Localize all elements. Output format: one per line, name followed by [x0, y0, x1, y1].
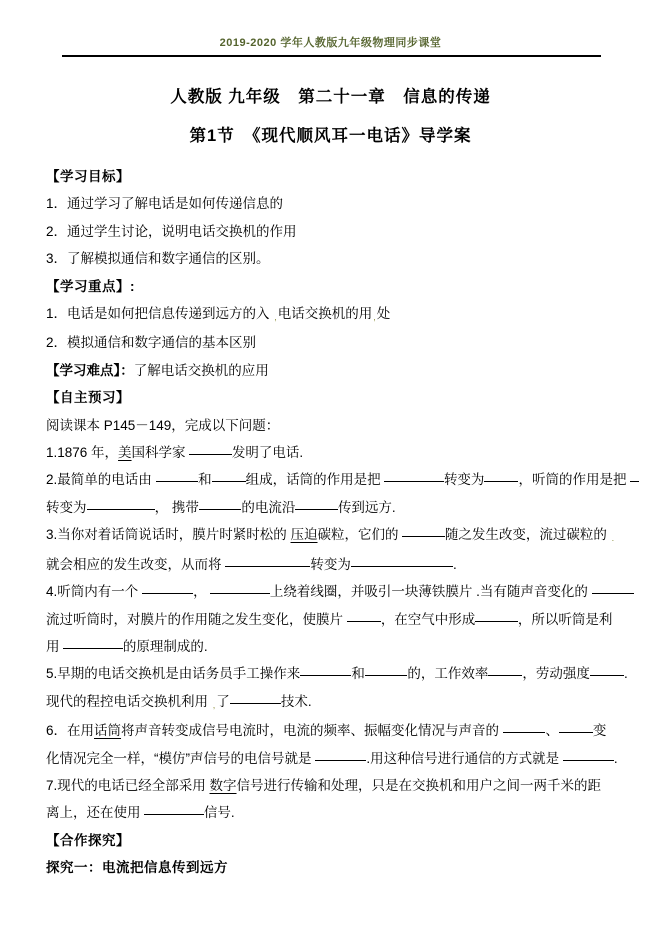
- text-line: 2．通过学生讨论，说明电话交换机的作用: [46, 218, 627, 245]
- text-run: 2.最简单的电话由: [46, 472, 156, 487]
- blank-field: ______: [563, 745, 614, 761]
- text-run: 用: [46, 639, 63, 654]
- text-run: 上绕着线圈，并吸引一块薄铁膜片 .当有随声音变化的: [270, 584, 592, 599]
- text-line: 现代的程控电话交换机利用 ,了______技术.: [46, 688, 627, 717]
- text-line: 2.最简单的电话由 _____和____组成，话筒的作用是把 _______转变…: [46, 466, 627, 493]
- page-header-text: 2019-2020 学年人教版九年级物理同步课堂: [0, 34, 661, 50]
- text-run: 组成，话筒的作用是把: [246, 472, 385, 487]
- header-rule: [62, 55, 601, 57]
- blank-field: ____: [212, 466, 246, 482]
- text-run: ，劳动强度: [522, 666, 590, 681]
- text-run: 7.现代的电话已经全部采用: [46, 778, 210, 793]
- bold-run: 【学习难点】：: [46, 363, 134, 378]
- section-heading: 【合作探究】: [46, 827, 627, 854]
- underlined-run: 美: [118, 445, 132, 460]
- text-run: 和: [351, 666, 365, 681]
- blank-field: ____: [484, 466, 518, 482]
- text-run: 1.1876 年，: [46, 445, 118, 460]
- bold-run: 【自主预习】: [46, 390, 130, 405]
- section-heading: 【学习目标】: [46, 163, 627, 190]
- text-run: 信号.: [204, 805, 235, 820]
- bold-run: 【学习目标】: [46, 169, 130, 184]
- text-run: .用这种信号进行通信的方式就是: [366, 751, 563, 766]
- text-run: 4.听筒内有一个: [46, 584, 142, 599]
- text-run: 3.当你对着话筒说话时，膜片时紧时松的: [46, 527, 291, 542]
- text-line: 化情况完全一样，“模仿”声信号的电信号就是 ______.用这种信号进行通信的方…: [46, 745, 627, 772]
- text-run: 离上，还在使用: [46, 805, 144, 820]
- text-run: 、: [545, 723, 559, 738]
- annotation-mark: ,: [273, 312, 278, 322]
- text-run: 的原理制成的.: [123, 639, 208, 654]
- bold-run: 探究一：电流把信息传到远方: [46, 860, 228, 875]
- blank-field: _____: [402, 521, 445, 537]
- text-run: 将声音转变成信号电流时，电流的频率、振幅变化情况与声音的: [121, 723, 503, 738]
- section-heading: 【自主预习】: [46, 384, 627, 411]
- doc-body: 【学习目标】1．通过学习了解电话是如何传递信息的2．通过学生讨论，说明电话交换机…: [46, 163, 627, 882]
- blank-field: ____: [590, 660, 624, 676]
- text-run: 2．模拟通信和数字通信的基本区别: [46, 335, 256, 350]
- text-run: 信号进行传输和处理，只是在交换机和用户之间一两千米的距: [237, 778, 602, 793]
- text-run: 转变为: [310, 557, 351, 572]
- text-run: 随之发生改变，流过碳粒的: [445, 527, 611, 542]
- text-run: 化情况完全一样，“模仿”声信号的电信号就是: [46, 751, 315, 766]
- blank-field: ________: [87, 494, 155, 510]
- blank-field: ______: [315, 745, 366, 761]
- text-run: 1．电话是如何把信息传递到远方的入: [46, 306, 273, 321]
- text-run: 3．了解模拟通信和数字通信的区别。: [46, 251, 270, 266]
- text-run: 和: [198, 472, 212, 487]
- document-page: 2019-2020 学年人教版九年级物理同步课堂 人教版 九年级 第二十一章 信…: [0, 0, 661, 935]
- blank-field: ____: [347, 606, 381, 622]
- blank-field: ____: [559, 717, 593, 733]
- blank-field: ____________: [351, 551, 453, 567]
- text-line: 1.1876 年，美国科学家 _____发明了电话.: [46, 439, 627, 466]
- text-run: 阅读课本 P145－149，完成以下问题：: [46, 418, 279, 433]
- text-run: 转变为: [444, 472, 485, 487]
- text-run: 传到远方.: [338, 500, 396, 515]
- doc-subtitle: 第1节 《现代顺风耳一电话》导学案: [0, 122, 661, 146]
- text-line: 探究一：电流把信息传到远方: [46, 854, 627, 881]
- blank-field: _____: [503, 717, 546, 733]
- text-line: 离上，还在使用 _______信号.: [46, 799, 627, 826]
- text-run: .: [614, 751, 618, 766]
- text-line: 阅读课本 P145－149，完成以下问题：: [46, 412, 627, 439]
- annotation-mark: .: [611, 533, 616, 543]
- blank-field: _____: [295, 494, 338, 510]
- underlined-run: 压迫: [291, 527, 318, 542]
- blank-field: _: [630, 466, 639, 482]
- text-line: 用 _______的原理制成的.: [46, 633, 627, 660]
- text-run: ，在空气中形成: [381, 612, 476, 627]
- blank-field: _____: [189, 439, 232, 455]
- text-run: 现代的程控电话交换机利用: [46, 694, 212, 709]
- text-line: 转变为________， 携带_____的电流沿_____传到远方.: [46, 494, 627, 521]
- text-run: ， 携带: [155, 500, 199, 515]
- blank-field: _____: [199, 494, 242, 510]
- blank-field: ______: [300, 660, 351, 676]
- text-line: 就会相应的发生改变，从而将 __________转变为____________.: [46, 551, 627, 578]
- blank-field: _______: [384, 466, 444, 482]
- blank-field: _______: [144, 799, 204, 815]
- text-run: 转变为: [46, 500, 87, 515]
- text-line: 1．电话是如何把信息传递到远方的入 ,电话交换机的用,处: [46, 300, 627, 329]
- text-run: 了: [216, 694, 230, 709]
- annotation-mark: ,: [212, 700, 217, 710]
- blank-field: __________: [225, 551, 310, 567]
- text-line: 5.早期的电话交换机是由话务员手工操作来______和_____的，工作效率__…: [46, 660, 627, 687]
- section-heading: 【学习重点】:: [46, 273, 627, 300]
- text-line: 【学习难点】：了解电话交换机的应用: [46, 357, 627, 384]
- text-run: 处: [377, 306, 391, 321]
- text-line: 3.当你对着话筒说话时，膜片时紧时松的 压迫碳粒，它们的 _____随之发生改变…: [46, 521, 627, 550]
- text-run: ，听筒的作用是把: [518, 472, 630, 487]
- text-run: 电话交换机的用: [278, 306, 373, 321]
- blank-field: _____: [592, 578, 635, 594]
- annotation-mark: ,: [372, 312, 377, 322]
- text-run: ，所以听筒是利: [518, 612, 613, 627]
- text-run: 6．在用: [46, 723, 94, 738]
- text-run: .: [624, 666, 628, 681]
- text-run: 的电流沿: [241, 500, 295, 515]
- text-line: 2．模拟通信和数字通信的基本区别: [46, 329, 627, 356]
- text-run: .: [453, 557, 457, 572]
- text-line: 流过听筒时，对膜片的作用随之发生变化，使膜片 ____，在空气中形成_____，…: [46, 606, 627, 633]
- blank-field: ____: [488, 660, 522, 676]
- bold-run: 【学习重点】:: [46, 279, 135, 294]
- text-line: 4.听筒内有一个 ______， _______上绕着线圈，并吸引一块薄铁膜片 …: [46, 578, 627, 605]
- text-line: 1．通过学习了解电话是如何传递信息的: [46, 190, 627, 217]
- text-run: 5.早期的电话交换机是由话务员手工操作来: [46, 666, 300, 681]
- text-run: ，: [193, 584, 210, 599]
- blank-field: _____: [475, 606, 518, 622]
- text-run: 了解电话交换机的应用: [134, 363, 269, 378]
- text-run: 技术.: [281, 694, 312, 709]
- text-run: 变: [593, 723, 607, 738]
- bold-run: 【合作探究】: [46, 833, 130, 848]
- text-run: 发明了电话.: [232, 445, 303, 460]
- blank-field: _______: [210, 578, 270, 594]
- text-run: 2．通过学生讨论，说明电话交换机的作用: [46, 224, 297, 239]
- text-run: 就会相应的发生改变，从而将: [46, 557, 225, 572]
- text-line: 6．在用话筒将声音转变成信号电流时，电流的频率、振幅变化情况与声音的 _____…: [46, 717, 627, 744]
- text-run: 国科学家: [132, 445, 190, 460]
- underlined-run: 话筒: [94, 723, 121, 738]
- text-run: 的，工作效率: [407, 666, 488, 681]
- doc-title: 人教版 九年级 第二十一章 信息的传递: [0, 83, 661, 107]
- blank-field: _____: [156, 466, 199, 482]
- text-run: 碳粒，它们的: [318, 527, 403, 542]
- text-line: 3．了解模拟通信和数字通信的区别。: [46, 245, 627, 272]
- blank-field: ______: [230, 688, 281, 704]
- blank-field: _______: [63, 633, 123, 649]
- text-run: 流过听筒时，对膜片的作用随之发生变化，使膜片: [46, 612, 347, 627]
- blank-field: _____: [365, 660, 408, 676]
- text-line: 7.现代的电话已经全部采用 数字信号进行传输和处理，只是在交换机和用户之间一两千…: [46, 772, 627, 799]
- underlined-run: 数字: [210, 778, 237, 793]
- text-run: 1．通过学习了解电话是如何传递信息的: [46, 196, 283, 211]
- blank-field: ______: [142, 578, 193, 594]
